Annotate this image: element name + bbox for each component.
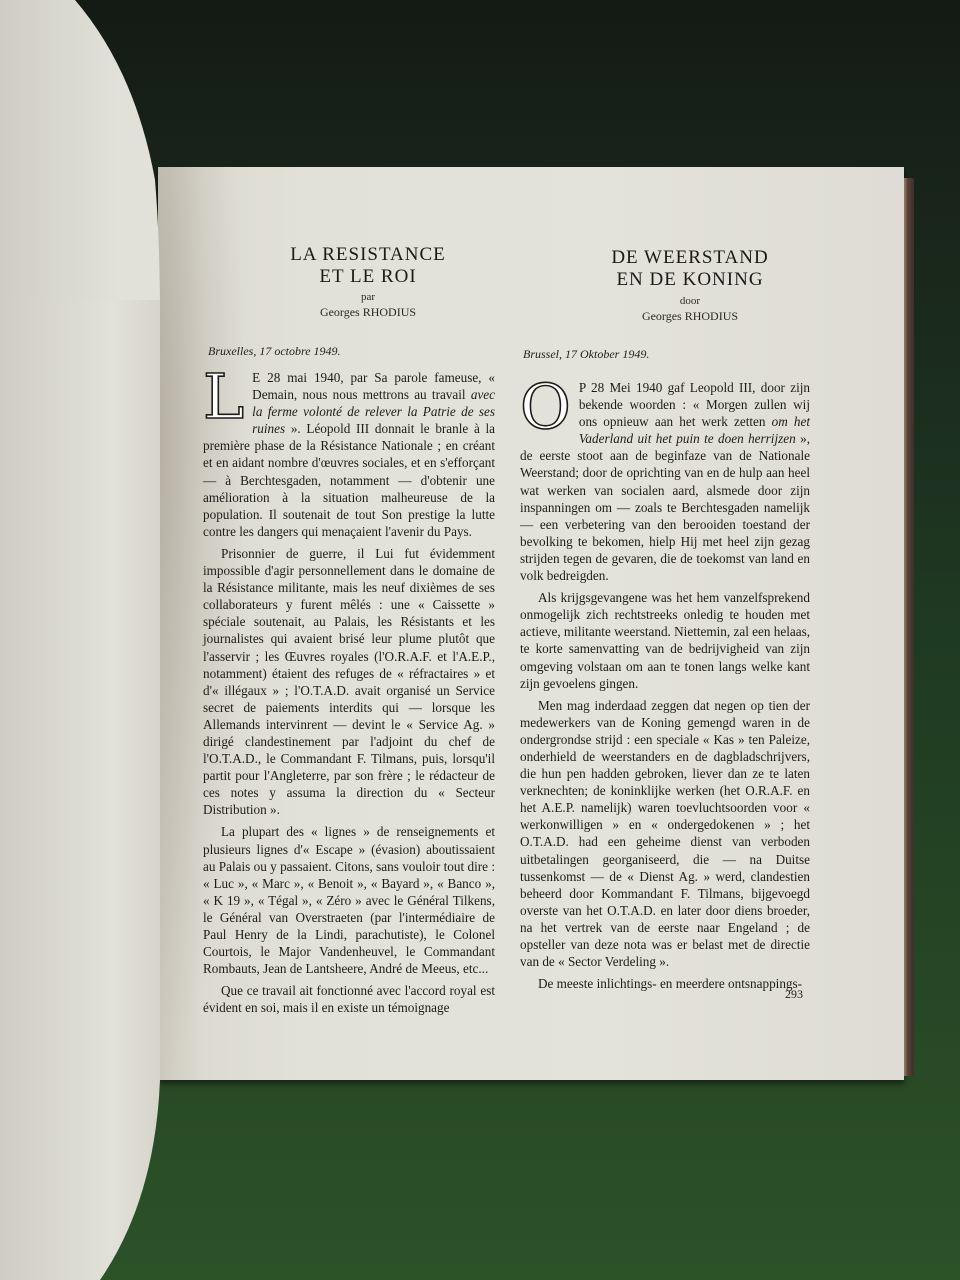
dutch-title-line1: DE WEERSTAND <box>570 247 810 269</box>
french-title: LA RESISTANCE ET LE ROI <box>258 244 478 288</box>
dutch-byline: door Georges RHODIUS <box>570 294 810 324</box>
dutch-dateline: Brussel, 17 Oktober 1949. <box>523 347 649 362</box>
page-number: 293 <box>785 987 803 1002</box>
dutch-body: OP 28 Mei 1940 gaf Leopold III, door zij… <box>520 379 810 997</box>
french-paragraph: Prisonnier de guerre, il Lui fut évidemm… <box>203 545 495 819</box>
dutch-title-line2: EN DE KONING <box>570 269 810 291</box>
dutch-by: door <box>570 294 810 308</box>
french-author: Georges RHODIUS <box>258 304 478 320</box>
dutch-author: Georges RHODIUS <box>570 308 810 324</box>
french-dropcap: L <box>203 371 244 423</box>
dutch-paragraph: Als krijgsgevangene was het hem vanzelfs… <box>520 589 810 692</box>
dutch-dropcap: O <box>520 381 571 433</box>
dutch-paragraph: Men mag inderdaad zeggen dat negen op ti… <box>520 697 810 971</box>
curled-page <box>0 300 160 1280</box>
french-title-line2: ET LE ROI <box>258 266 478 288</box>
photo-scene: LA RESISTANCE ET LE ROI par Georges RHOD… <box>0 0 960 1280</box>
french-title-line1: LA RESISTANCE <box>258 244 478 266</box>
french-dateline: Bruxelles, 17 octobre 1949. <box>208 344 341 359</box>
french-paragraph: LE 28 mai 1940, par Sa parole fameuse, «… <box>203 369 495 540</box>
french-byline: par Georges RHODIUS <box>258 290 478 320</box>
book-page: LA RESISTANCE ET LE ROI par Georges RHOD… <box>158 167 904 1080</box>
french-by: par <box>258 290 478 304</box>
dutch-title: DE WEERSTAND EN DE KONING <box>570 247 810 291</box>
curled-page-top <box>0 0 170 320</box>
french-paragraph: La plupart des « lignes » de renseigneme… <box>203 823 495 977</box>
french-paragraph: Que ce travail ait fonctionné avec l'acc… <box>203 982 495 1016</box>
dutch-paragraph: OP 28 Mei 1940 gaf Leopold III, door zij… <box>520 379 810 584</box>
french-body: LE 28 mai 1940, par Sa parole fameuse, «… <box>203 369 495 1021</box>
dutch-paragraph: De meeste inlichtings- en meerdere ontsn… <box>520 975 810 992</box>
